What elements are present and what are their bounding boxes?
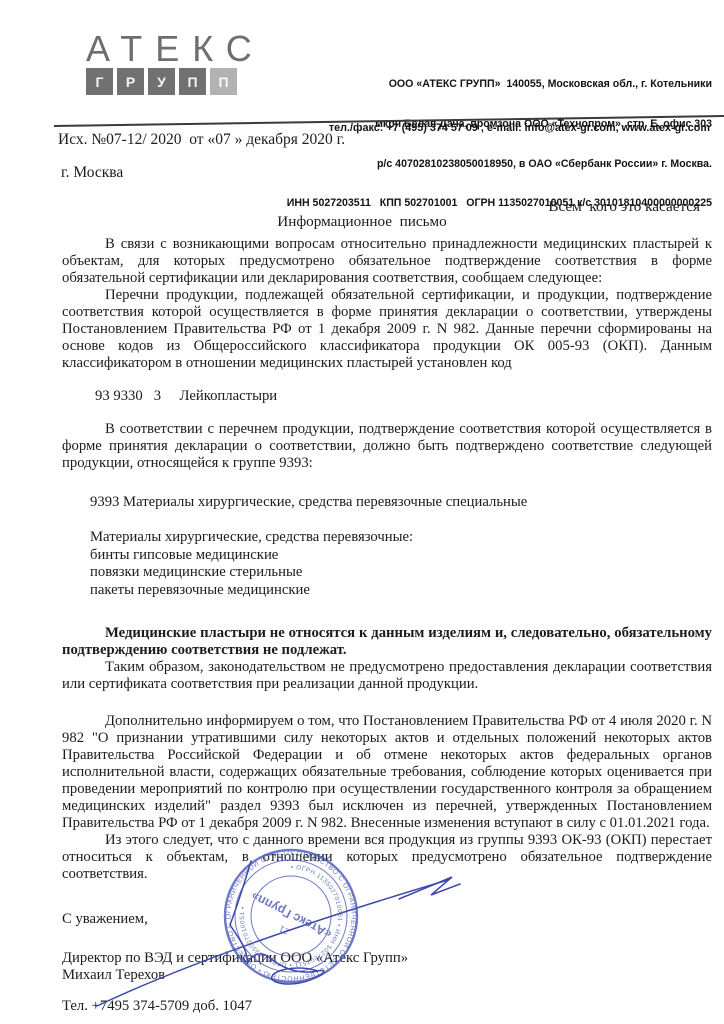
paragraph-intro: В связи с возникающими вопросам относите… [62, 236, 712, 287]
contact-line: тел./факс: +7 (495) 374 57 09 , e-mail: … [329, 122, 710, 134]
logo-box: П [179, 68, 206, 95]
paragraph-thus: Таким образом, законодательством не пред… [62, 659, 712, 693]
company-info-line: ООО «АТЕКС ГРУПП» 140055, Московская обл… [287, 78, 712, 91]
signer-name: Михаил Терехов [62, 967, 712, 984]
okp-code-line: 93 9330 3 Лейкопластыри [95, 388, 712, 405]
logo-box: У [148, 68, 175, 95]
company-info-line: р/с 40702810238050018950, в ОАО «Сбербан… [287, 158, 712, 171]
signer-position: Директор по ВЭД и сертификации ООО «Атек… [62, 949, 712, 967]
list-item: пакеты перевязочные медицинские [90, 582, 712, 600]
list-intro: Материалы хирургические, средства перевя… [90, 529, 712, 547]
group-9393-title: 9393 Материалы хирургические, средства п… [90, 494, 712, 511]
letter-body: В связи с возникающими вопросам относите… [62, 236, 712, 1015]
paragraph-follows: Из этого следует, что с данного времени … [62, 832, 712, 883]
paragraph-additional-info: Дополнительно информируем о том, что Пос… [62, 713, 712, 832]
letter-page: АТЕКС Г Р У П П ООО «АТЕКС ГРУПП» 140055… [0, 0, 724, 1024]
bold-conclusion: Медицинские пластыри не относятся к данн… [62, 625, 712, 659]
logo-box: П [210, 68, 237, 95]
city-line: г. Москва [61, 164, 123, 182]
paragraph-lists-decree: Перечни продукции, подлежащей обязательн… [62, 287, 712, 372]
company-logo: АТЕКС Г Р У П П [86, 32, 265, 95]
logo-box: Г [86, 68, 113, 95]
logo-box: Р [117, 68, 144, 95]
paragraph-group-9393: В соответствии с перечнем продукции, под… [62, 421, 712, 472]
list-item: повязки медицинские стерильные [90, 564, 712, 582]
closing-salutation: С уважением, [62, 911, 712, 928]
outgoing-reference: Исх. №07-12/ 2020 от «07 » декабря 2020 … [58, 131, 345, 149]
logo-letter-boxes: Г Р У П П [86, 68, 265, 95]
signer-phone: Тел. +7495 374-5709 доб. 1047 [62, 998, 712, 1015]
logo-wordmark: АТЕКС [86, 32, 265, 66]
materials-list: Материалы хирургические, средства перевя… [90, 529, 712, 599]
list-item: бинты гипсовые медицинские [90, 547, 712, 565]
letter-title: Информационное письмо [0, 213, 724, 231]
